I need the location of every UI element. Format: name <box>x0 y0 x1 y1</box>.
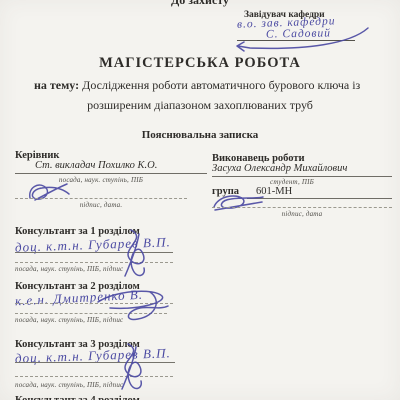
consultant-2-signature <box>92 286 172 324</box>
group-underline <box>247 198 392 199</box>
executor-signature-line <box>212 207 392 208</box>
executor-name: Засуха Олександр Михайлович <box>212 163 392 177</box>
topic-text-line2: розширеним діапазоном захоплюваних труб <box>0 98 400 113</box>
executor-sign-caption: підпис, дата <box>212 210 392 218</box>
executor-caption: студент, ПІБ <box>212 178 372 186</box>
document-title: МАГІСТЕРСЬКА РОБОТА <box>0 55 400 72</box>
supervisor-signature-line <box>15 198 187 199</box>
scanned-thesis-title-page: До захисту Завідувач кафедри в.о. зав. к… <box>0 0 400 400</box>
supervisor-signature <box>24 181 82 203</box>
consultant-3-signature <box>93 342 163 394</box>
supervisor-sign-caption: підпис, дата. <box>15 201 187 209</box>
topic-line: на тему: Дослідження роботи автоматичног… <box>34 78 360 93</box>
consultant-1-signature <box>95 228 165 280</box>
topic-text-line1: Дослідження роботи автоматичного буровог… <box>82 78 360 92</box>
subtitle: Пояснювальна записка <box>0 129 400 141</box>
supervisor-name: Ст. викладач Похилко К.О. <box>15 160 207 174</box>
bottom-partial-consultant-label: Консультант за 4 розділом <box>15 395 140 400</box>
topic-label: на тему: <box>34 78 79 92</box>
top-note-do-zakhystu: До захисту <box>0 0 400 8</box>
approval-signature-stroke <box>228 20 373 56</box>
